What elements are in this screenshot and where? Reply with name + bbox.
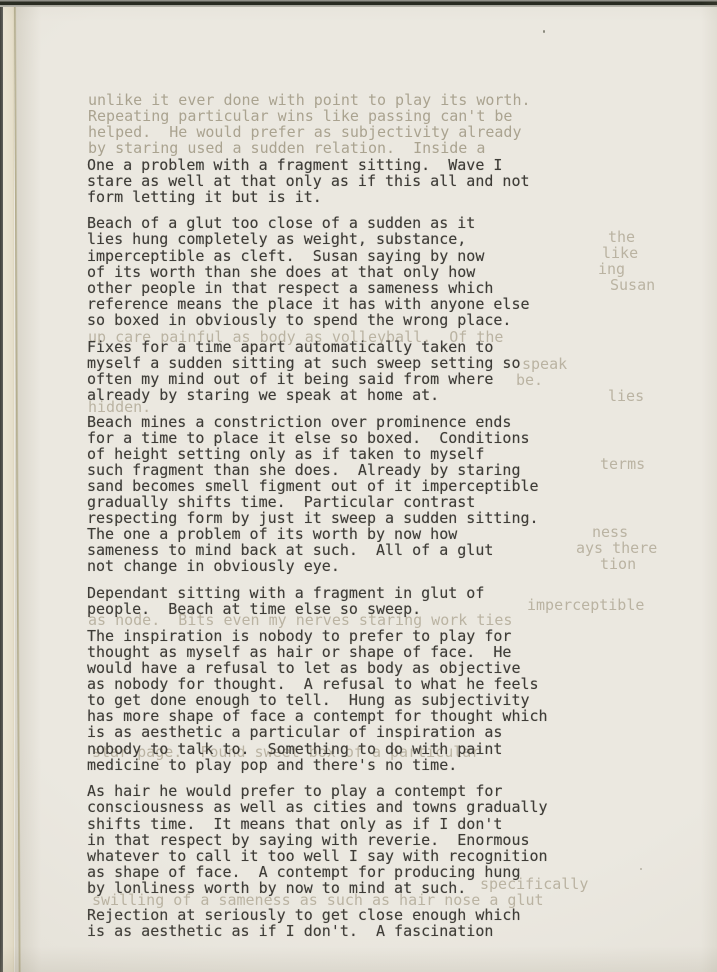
text-line: whatever to call it too well I say with … — [87, 848, 548, 864]
text-line: not change in obviously eye. — [87, 558, 548, 574]
text-line: thought as myself as hair or shape of fa… — [87, 644, 548, 660]
ghost-text-fragment: the — [608, 229, 635, 245]
text-line: so boxed in obviously to spend the wrong… — [87, 312, 548, 328]
bleedthrough-text-block: unlike it ever done with point to play i… — [88, 92, 531, 156]
ghost-text-line: by staring used a sudden relation. Insid… — [88, 140, 531, 156]
text-line: gradually shifts time. Particular contra… — [87, 494, 548, 510]
paragraph: As hair he would prefer to play a contem… — [87, 783, 548, 896]
text-line: people. Beach at time else so sweep. — [87, 601, 548, 617]
text-line: sameness to mind back at such. All of a … — [87, 542, 548, 558]
ghost-text-fragment: Susan — [610, 277, 655, 293]
ghost-text-fragment: ays there — [576, 540, 657, 556]
text-line: by lonliness worth by now to mind at suc… — [87, 880, 548, 896]
ghost-text-line: unlike it ever done with point to play i… — [88, 92, 531, 108]
text-line: Rejection at seriously to get close enou… — [87, 907, 548, 923]
text-line: such fragment than she does. Already by … — [87, 462, 548, 478]
text-line: to get done enough to tell. Hung as subj… — [87, 692, 548, 708]
text-line: already by staring we speak at home at. — [87, 387, 548, 403]
text-line: of height setting only as if taken to my… — [87, 446, 548, 462]
text-line: form letting it but is it. — [87, 189, 548, 205]
paragraph: Fixes for a time apart automatically tak… — [87, 339, 548, 403]
paragraph: Dependant sitting with a fragment in glu… — [87, 585, 548, 617]
ghost-text-fragment: ness — [592, 524, 628, 540]
typewritten-text-block: One a problem with a fragment sitting. W… — [87, 157, 548, 939]
text-line: reference means the place it has with an… — [87, 296, 548, 312]
ghost-text-fragment: like — [602, 245, 638, 261]
ghost-text-line: helped. He would prefer as subjectivity … — [88, 124, 531, 140]
paper-speck — [640, 868, 642, 870]
text-line: would have a refusal to let as body as o… — [87, 660, 548, 676]
text-line: for a time to place it else so boxed. Co… — [87, 430, 548, 446]
text-line: of its worth than she does at that only … — [87, 264, 548, 280]
paragraph: Beach mines a constriction over prominen… — [87, 414, 548, 575]
paragraph: One a problem with a fragment sitting. W… — [87, 157, 548, 205]
text-line: medicine to play pop and there's no time… — [87, 757, 548, 773]
text-line: nobody to talk to. Something to do with … — [87, 741, 548, 757]
text-line: One a problem with a fragment sitting. W… — [87, 157, 548, 173]
text-line: stare as well at that only as if this al… — [87, 173, 548, 189]
text-line: The one a problem of its worth by now ho… — [87, 526, 548, 542]
text-line: shifts time. It means that only as if I … — [87, 816, 548, 832]
text-line: myself a sudden sitting at such sweep se… — [87, 355, 548, 371]
ghost-text-line: Repeating particular wins like passing c… — [88, 108, 531, 124]
paragraph: Beach of a glut too close of a sudden as… — [87, 215, 548, 328]
text-line: has more shape of face a contempt for th… — [87, 708, 548, 724]
ghost-text-fragment: terms — [600, 456, 645, 472]
text-line: in that respect by saying with reverie. … — [87, 832, 548, 848]
scanned-page: unlike it ever done with point to play i… — [0, 0, 717, 972]
text-line: Dependant sitting with a fragment in glu… — [87, 585, 548, 601]
text-line: is as aesthetic as if I don't. A fascina… — [87, 923, 548, 939]
text-line: is as aesthetic a particular of inspirat… — [87, 724, 548, 740]
text-line: sand becomes smell figment out of it imp… — [87, 478, 548, 494]
paragraph: Rejection at seriously to get close enou… — [87, 907, 548, 939]
text-line: lies hung completely as weight, substanc… — [87, 231, 548, 247]
previous-page-edge — [3, 0, 14, 972]
text-line: other people in that respect a sameness … — [87, 280, 548, 296]
paper-speck — [543, 30, 545, 33]
paragraph: The inspiration is nobody to prefer to p… — [87, 628, 548, 773]
scan-top-edge — [0, 0, 717, 7]
text-line: As hair he would prefer to play a contem… — [87, 783, 548, 799]
ghost-text-fragment: lies — [608, 388, 644, 404]
text-line: Beach mines a constriction over prominen… — [87, 414, 548, 430]
text-line: as shape of face. A contempt for produci… — [87, 864, 548, 880]
text-line: Fixes for a time apart automatically tak… — [87, 339, 548, 355]
ghost-text-fragment: tion — [600, 556, 636, 572]
text-line: consciousness as well as cities and town… — [87, 799, 548, 815]
text-line: as nobody for thought. A refusal to what… — [87, 676, 548, 692]
ghost-text-fragment: ing — [598, 261, 625, 277]
text-line: often my mind out of it being said from … — [87, 371, 548, 387]
text-line: Beach of a glut too close of a sudden as… — [87, 215, 548, 231]
text-line: imperceptible as cleft. Susan saying by … — [87, 248, 548, 264]
text-line: The inspiration is nobody to prefer to p… — [87, 628, 548, 644]
text-line: respecting form by just it sweep a sudde… — [87, 510, 548, 526]
scan-left-edge — [0, 0, 3, 972]
